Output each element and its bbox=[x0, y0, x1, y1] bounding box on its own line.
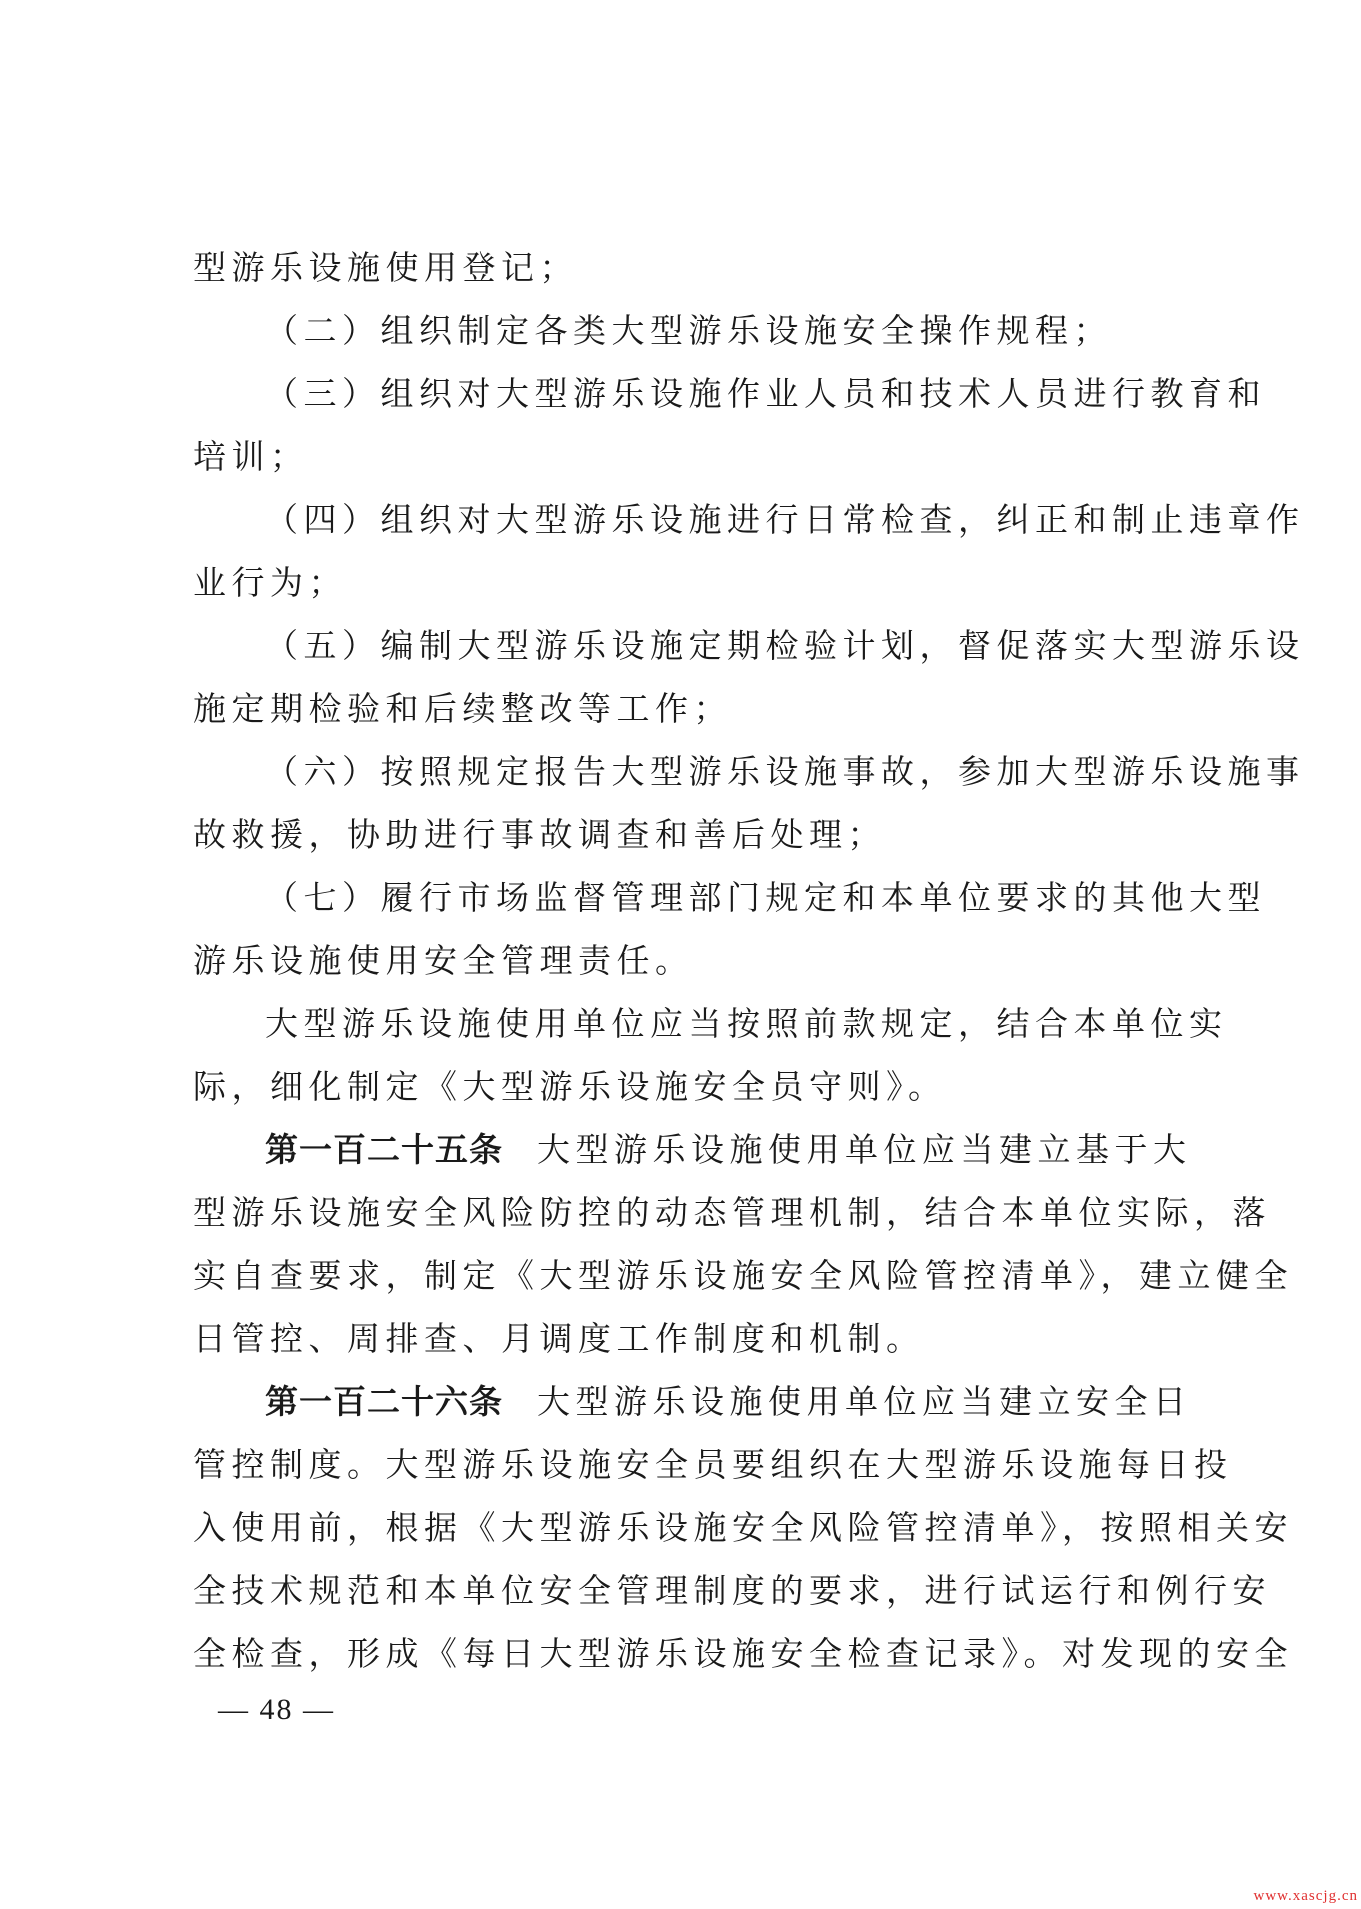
article-text: 大型游乐设施使用单位应当建立安全日 bbox=[537, 1382, 1192, 1421]
text-line: （七）履行市场监督管理部门规定和本单位要求的其他大型 bbox=[193, 870, 1173, 933]
article-heading: 第一百二十六条 bbox=[265, 1382, 503, 1421]
text-line: 培训； bbox=[193, 429, 1173, 492]
text-line: 日管控、周排查、月调度工作制度和机制。 bbox=[193, 1311, 1173, 1374]
watermark-link: www.xascjg.cn bbox=[1253, 1888, 1358, 1905]
article-heading: 第一百二十五条 bbox=[265, 1130, 503, 1169]
text-line: 型游乐设施安全风险防控的动态管理机制，结合本单位实际，落 bbox=[193, 1185, 1173, 1248]
body-text: 型游乐设施使用登记； （二）组织制定各类大型游乐设施安全操作规程； （三）组织对… bbox=[193, 240, 1173, 1689]
page-number: — 48 — bbox=[218, 1693, 335, 1727]
text-line: 际，细化制定《大型游乐设施安全员守则》。 bbox=[193, 1059, 1173, 1122]
text-line: 型游乐设施使用登记； bbox=[193, 240, 1173, 303]
article-text: 大型游乐设施使用单位应当建立基于大 bbox=[537, 1130, 1192, 1169]
text-line: 故救援，协助进行事故调查和善后处理； bbox=[193, 807, 1173, 870]
text-line: （二）组织制定各类大型游乐设施安全操作规程； bbox=[193, 303, 1173, 366]
text-line: （六）按照规定报告大型游乐设施事故，参加大型游乐设施事 bbox=[193, 744, 1173, 807]
text-line: 游乐设施使用安全管理责任。 bbox=[193, 933, 1173, 996]
article-126-first-line: 第一百二十六条大型游乐设施使用单位应当建立安全日 bbox=[193, 1374, 1173, 1437]
text-line: （四）组织对大型游乐设施进行日常检查，纠正和制止违章作 bbox=[193, 492, 1173, 555]
text-line: 业行为； bbox=[193, 555, 1173, 618]
text-line: 施定期检验和后续整改等工作； bbox=[193, 681, 1173, 744]
text-line: 入使用前，根据《大型游乐设施安全风险管控清单》，按照相关安 bbox=[193, 1500, 1173, 1563]
text-line: 大型游乐设施使用单位应当按照前款规定，结合本单位实 bbox=[193, 996, 1173, 1059]
article-125-first-line: 第一百二十五条大型游乐设施使用单位应当建立基于大 bbox=[193, 1122, 1173, 1185]
text-line: （三）组织对大型游乐设施作业人员和技术人员进行教育和 bbox=[193, 366, 1173, 429]
text-line: （五）编制大型游乐设施定期检验计划，督促落实大型游乐设 bbox=[193, 618, 1173, 681]
text-line: 全技术规范和本单位安全管理制度的要求，进行试运行和例行安 bbox=[193, 1563, 1173, 1626]
text-line: 实自查要求，制定《大型游乐设施安全风险管控清单》，建立健全 bbox=[193, 1248, 1173, 1311]
text-line: 全检查，形成《每日大型游乐设施安全检查记录》。对发现的安全 bbox=[193, 1626, 1173, 1689]
text-line: 管控制度。大型游乐设施安全员要组织在大型游乐设施每日投 bbox=[193, 1437, 1173, 1500]
document-page: 型游乐设施使用登记； （二）组织制定各类大型游乐设施安全操作规程； （三）组织对… bbox=[0, 0, 1361, 1909]
